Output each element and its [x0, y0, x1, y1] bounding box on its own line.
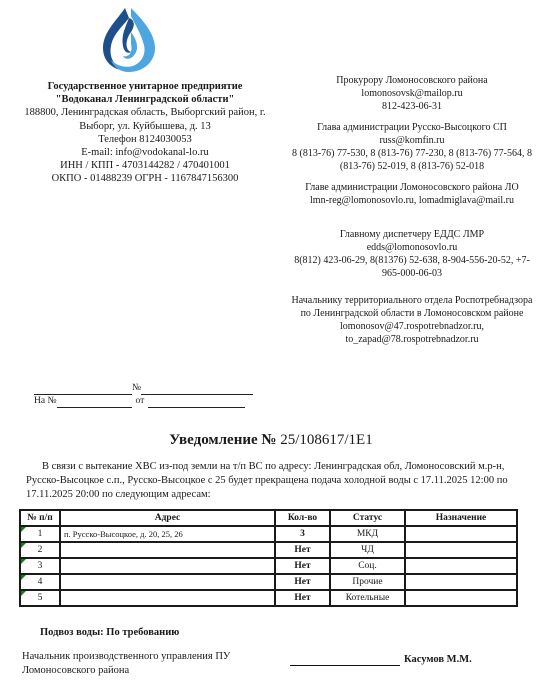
header-num: № п/п: [20, 510, 60, 526]
org-inn-kpp: ИНН / КПП - 4703144282 / 470401001: [20, 159, 270, 172]
water-supply-note: Подвоз воды: По требованию: [40, 627, 179, 638]
recipient-title: Главе администрации Ломоносовского район…: [290, 181, 534, 194]
cell-num: 2: [20, 542, 60, 558]
cell-num: 3: [20, 558, 60, 574]
cell-num: 1: [20, 526, 60, 542]
recipient-email: russ@komfin.ru: [290, 134, 534, 147]
recipient-email-2: to_zapad@78.rospotrebnadzor.ru: [290, 333, 534, 346]
recipient-title: Начальнику территориального отдела Роспо…: [290, 294, 534, 320]
cell-status: Соц.: [330, 558, 405, 574]
cell-status: МКД: [330, 526, 405, 542]
cell-purpose: [405, 526, 517, 542]
cell-qty: Нет: [275, 558, 330, 574]
recipient-title: Глава администрации Русско-Высоцкого СП: [290, 121, 534, 134]
table-row: 5 Нет Котельные: [20, 590, 517, 606]
recipient-dispatcher: Главному диспетчеру ЕДДС ЛМР edds@lomono…: [290, 228, 534, 280]
signer-title: Начальник производственного управления П…: [22, 650, 272, 678]
recipient-phones: 8(812) 423-06-29, 8(81376) 52-638, 8-904…: [290, 254, 534, 280]
ref-date-field[interactable]: [148, 397, 245, 408]
registration-fields: № На № от: [34, 382, 253, 408]
cell-qty: Нет: [275, 590, 330, 606]
table-row: 2 Нет ЧД: [20, 542, 517, 558]
outgoing-number-field[interactable]: [141, 384, 253, 395]
recipient-email: lmn-reg@lomonosovlo.ru, lomadmiglava@mai…: [290, 194, 534, 207]
org-email: E-mail: info@vodokanal-lo.ru: [20, 146, 270, 159]
cell-qty: 3: [275, 526, 330, 542]
recipient-title: Главному диспетчеру ЕДДС ЛМР: [290, 228, 534, 241]
number-sign: №: [132, 381, 141, 395]
recipient-phones: 812-423-06-31: [290, 100, 534, 113]
cell-status: Котельные: [330, 590, 405, 606]
cell-purpose: [405, 574, 517, 590]
recipient-title: Прокурору Ломоносовского района: [290, 74, 534, 87]
cell-status: Прочие: [330, 574, 405, 590]
header-qty: Кол-во: [275, 510, 330, 526]
recipient-email: edds@lomonosovlo.ru: [290, 241, 534, 254]
table-row: 4 Нет Прочие: [20, 574, 517, 590]
recipient-phones: 8 (813-76) 77-530, 8 (813-76) 77-230, 8 …: [290, 147, 534, 173]
recipient-prosecutor: Прокурору Ломоносовского района lomonoso…: [290, 74, 534, 113]
org-phone: Телефон 8124030053: [20, 133, 270, 146]
recipient-email: lomonosov@47.rospotrebnadzor.ru,: [290, 320, 534, 333]
cell-qty: Нет: [275, 574, 330, 590]
cell-address: п. Русско-Высоцкое, д. 20, 25, 26: [60, 526, 275, 542]
table-row: 3 Нет Соц.: [20, 558, 517, 574]
water-drop-logo-icon: [95, 6, 163, 74]
ref-label: На №: [34, 394, 57, 408]
recipient-district-head: Главе администрации Ломоносовского район…: [290, 181, 534, 220]
org-name-line2: "Водоканал Ленинградской области": [20, 93, 270, 106]
cell-status: ЧД: [330, 542, 405, 558]
notice-title: Уведомление № 25/108617/1Е1: [0, 432, 542, 449]
cell-num: 4: [20, 574, 60, 590]
recipient-rospotrebnadzor: Начальнику территориального отдела Роспо…: [290, 294, 534, 346]
cell-num: 5: [20, 590, 60, 606]
cell-purpose: [405, 542, 517, 558]
cell-qty: Нет: [275, 542, 330, 558]
header-status: Статус: [330, 510, 405, 526]
org-name-line1: Государственное унитарное предприятие: [20, 80, 270, 93]
org-address: 188800, Ленинградская область, Выборгски…: [20, 106, 270, 132]
organization-block: Государственное унитарное предприятие "В…: [20, 80, 270, 186]
recipients-block: Прокурору Ломоносовского района lomonoso…: [290, 74, 534, 354]
cell-purpose: [405, 558, 517, 574]
table-row: 1 п. Русско-Высоцкое, д. 20, 25, 26 3 МК…: [20, 526, 517, 542]
addresses-table: № п/п Адрес Кол-во Статус Назначение 1 п…: [19, 509, 518, 607]
cell-address: [60, 574, 275, 590]
cell-address: [60, 542, 275, 558]
ref-number-field[interactable]: [57, 397, 132, 408]
cell-address: [60, 558, 275, 574]
org-okpo-ogrn: ОКПО - 01488239 ОГРН - 1167847156300: [20, 172, 270, 185]
recipient-email: lomonosovsk@mailop.ru: [290, 87, 534, 100]
table-header-row: № п/п Адрес Кол-во Статус Назначение: [20, 510, 517, 526]
header-purpose: Назначение: [405, 510, 517, 526]
notice-number: 25/108617/1Е1: [276, 432, 372, 448]
signer-name: Касумов М.М.: [404, 654, 472, 665]
cell-address: [60, 590, 275, 606]
header-address: Адрес: [60, 510, 275, 526]
notice-body: В связи с вытекание ХВС из-под земли на …: [26, 460, 526, 502]
cell-purpose: [405, 590, 517, 606]
from-label: от: [136, 394, 145, 408]
recipient-settlement-head: Глава администрации Русско-Высоцкого СП …: [290, 121, 534, 173]
notice-title-prefix: Уведомление №: [169, 432, 276, 448]
signature-line: [290, 665, 400, 666]
